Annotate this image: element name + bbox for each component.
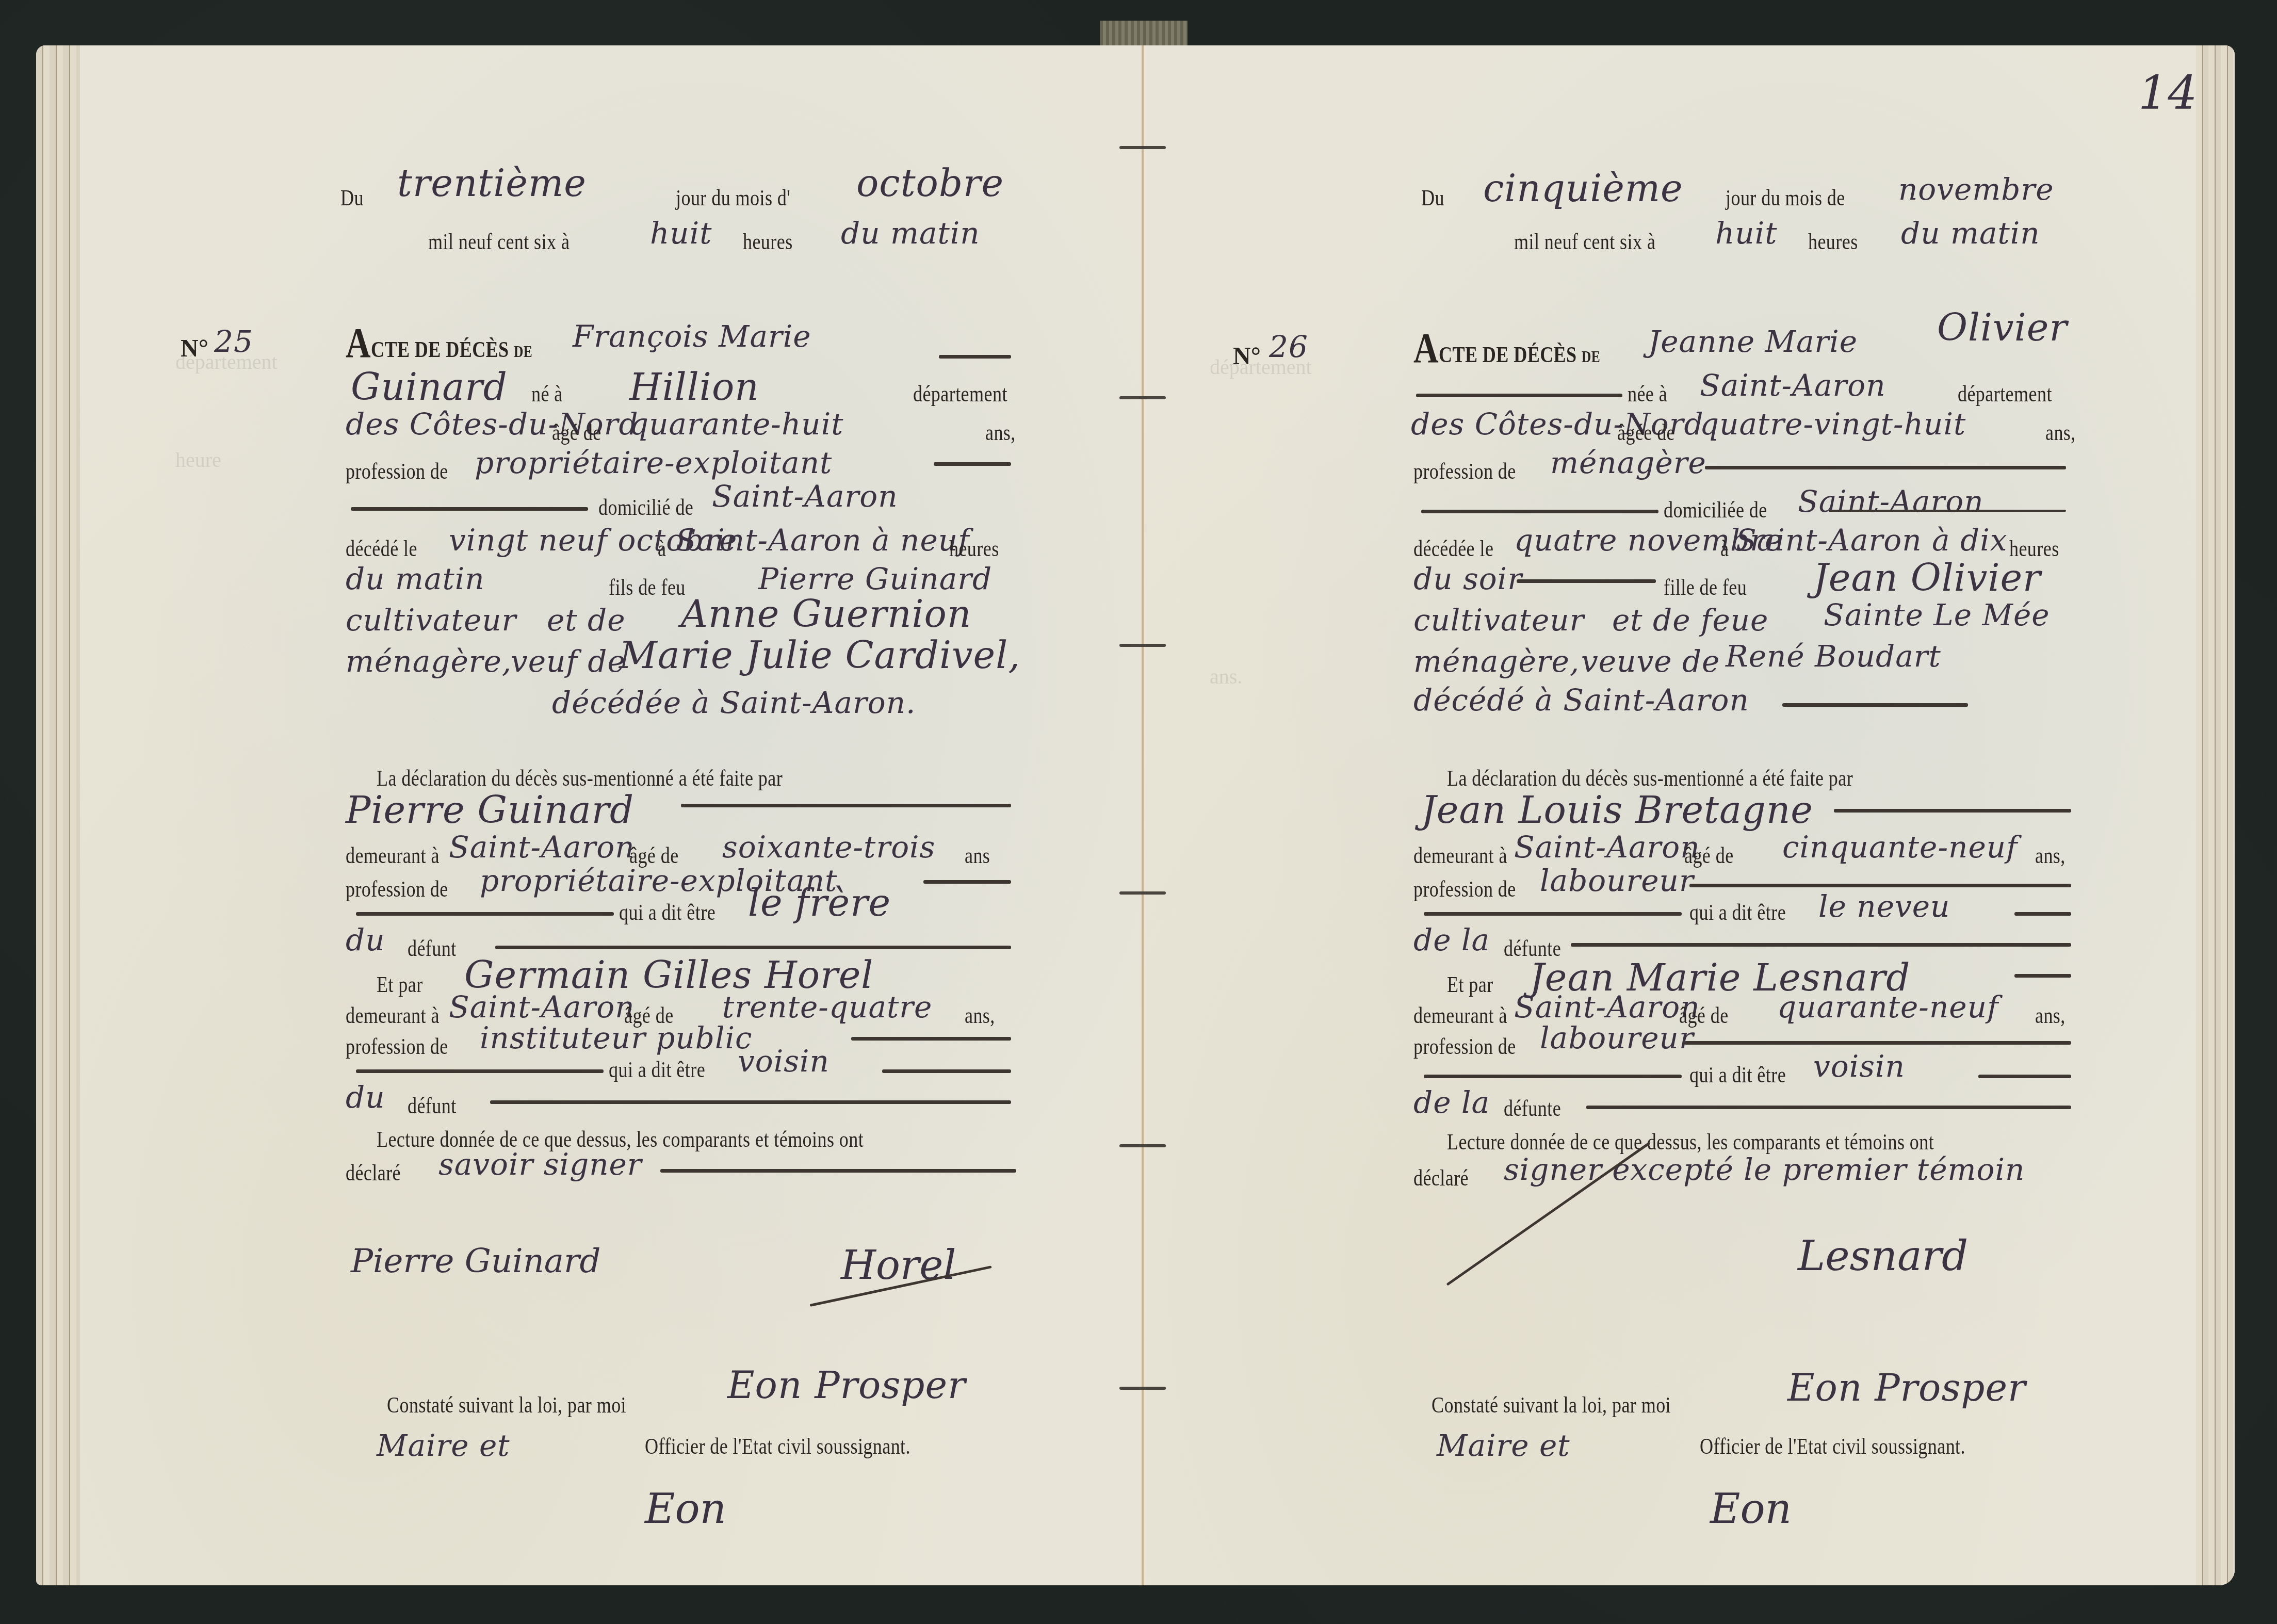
declarant-relation-label: qui a dit être (619, 899, 715, 925)
ne-label: né à (531, 381, 563, 407)
constate-label: Constaté suivant la loi, par moi (387, 1392, 626, 1418)
witness-defunt-prefix: de la (1413, 1085, 1490, 1120)
declarant-profession: laboureur (1540, 863, 1694, 898)
fill-line (1571, 943, 2071, 947)
binding-stitch (1119, 396, 1166, 399)
witness-defunt-label: défunt (408, 1093, 457, 1119)
witness-relation: voisin (738, 1044, 830, 1079)
lecture-declaration: signer excepté le premier témoin (1504, 1152, 2025, 1187)
spouse-note: décédée à Saint-Aaron. (552, 685, 916, 720)
signature-witness: Horel (841, 1242, 956, 1289)
officer-signature: Eon (1710, 1485, 1792, 1533)
acte-title: ACTE DE DÉCÈS de (346, 319, 532, 367)
witness-ans-label: ans, (2035, 1002, 2065, 1029)
officer-title: Maire et (1437, 1428, 1570, 1463)
departement-label: département (913, 381, 1007, 407)
fill-line (1684, 1041, 2071, 1045)
declarant-demeurant-label: demeurant à (1413, 842, 1507, 869)
declarant-name: Pierre Guinard (346, 788, 634, 832)
officer-title: Maire et (377, 1428, 510, 1463)
header-heures-label: heures (743, 229, 793, 255)
header-period: du matin (841, 216, 980, 251)
declarant-age: cinquante-neuf (1782, 830, 2018, 865)
spouse-name: René Boudart (1726, 639, 1941, 674)
officer-name: Eon Prosper (727, 1363, 966, 1407)
header-jour-label: jour du mois de (1726, 185, 1845, 211)
binding-stitch (1119, 644, 1166, 647)
book-gutter (1142, 45, 1144, 1585)
birthplace: Hillion (629, 365, 759, 409)
spouse-note: décédé à Saint-Aaron (1413, 683, 1749, 718)
a-label: à (1720, 535, 1729, 562)
declarant-ans-label: ans, (2035, 842, 2065, 869)
age-label: âgée de (1617, 419, 1675, 446)
header-jour-label: jour du mois d' (676, 185, 790, 211)
declarant-residence: Saint-Aaron (1514, 830, 1700, 865)
fill-line (2014, 912, 2071, 916)
et-de: et de feue (1612, 603, 1768, 638)
fils-label: fille de feu (1664, 574, 1747, 600)
fill-line (2014, 974, 2071, 978)
right-page: 14 département ans. Du cinquième jour du… (1143, 45, 2235, 1585)
declarant-name: Jean Louis Bretagne (1421, 788, 1813, 832)
open-register-book: département heure Du trentième jour du m… (36, 45, 2235, 1585)
profession-value: ménagère (1550, 445, 1706, 480)
binding-cloth-tab (1100, 21, 1188, 49)
signature-declarant: Pierre Guinard (351, 1242, 601, 1280)
folio-number: 14 (2138, 66, 2198, 120)
deceased-given-names: Jeanne Marie (1648, 324, 1858, 359)
fill-line (1829, 510, 2066, 512)
fill-line (681, 804, 1011, 807)
header-period: du matin (1901, 216, 2040, 251)
witness-relation-label: qui a dit être (609, 1057, 705, 1083)
header-hour: huit (650, 216, 712, 251)
father-name: Pierre Guinard (758, 561, 992, 596)
departement-label: département (1958, 381, 2052, 407)
declarant-profession-label: profession de (1413, 876, 1516, 902)
header-hour: huit (1715, 216, 1778, 251)
fill-line (939, 355, 1011, 359)
witness-relation-label: qui a dit être (1689, 1062, 1786, 1088)
declare-label: déclaré (1413, 1165, 1469, 1191)
fill-line (882, 1069, 1011, 1073)
birthplace: Saint-Aaron (1700, 368, 1886, 403)
header-heures-label: heures (1808, 229, 1858, 255)
deceased-given-names: François Marie (573, 319, 811, 354)
act-number: 26 (1269, 329, 1308, 364)
et-de: et de (547, 603, 626, 638)
witness-profession: instituteur public (480, 1020, 753, 1055)
age-label: âgé de (552, 419, 601, 446)
witness-demeurant-label: demeurant à (1413, 1002, 1507, 1029)
fill-line (934, 462, 1011, 466)
declarant-relation: le neveu (1818, 889, 1950, 924)
witness-defunt-prefix: du (346, 1080, 385, 1115)
decede-label: décédée le (1413, 535, 1493, 562)
witness-et-par-label: Et par (1447, 971, 1493, 998)
ans-label: ans, (2045, 419, 2076, 446)
domicile-value: Saint-Aaron (712, 479, 898, 514)
mother-name: Anne Guernion (681, 592, 971, 636)
defunt-prefix: de la (1413, 922, 1490, 957)
declarant-profession-label: profession de (346, 876, 448, 902)
header-day: cinquième (1483, 167, 1683, 210)
bleed-through-text: heure (175, 448, 221, 472)
fill-line (490, 1100, 1011, 1104)
fill-line (351, 507, 588, 511)
signature-witness: Lesnard (1798, 1232, 1968, 1280)
mother-name: Sainte Le Mée (1824, 597, 2050, 632)
act-number: 25 (214, 324, 253, 359)
officer-signature: Eon (645, 1485, 726, 1533)
profession-label: profession de (346, 458, 448, 484)
declarant-relation: le frère (748, 881, 891, 924)
lecture-line: Lecture donnée de ce que dessus, les com… (1447, 1129, 1934, 1155)
declaration-intro: La déclaration du décès sus-mentionné a … (1447, 765, 1853, 791)
witness-defunt-label: défunte (1504, 1095, 1561, 1122)
spouse-name: Marie Julie Cardivel, (619, 634, 1020, 677)
declarant-age: soixante-trois (722, 830, 935, 865)
fill-line (356, 912, 614, 916)
ans-label: ans, (985, 419, 1016, 446)
fils-label: fils de feu (609, 574, 686, 600)
binding-stitch (1119, 146, 1166, 149)
fill-line (356, 1069, 604, 1073)
profession-label: profession de (1413, 458, 1516, 484)
mother-profession: ménagère, (346, 644, 512, 679)
page-edges-right (2196, 45, 2235, 1585)
deceased-surname: Olivier (1937, 306, 2068, 349)
witness-demeurant-label: demeurant à (346, 1002, 440, 1029)
fill-line (1689, 884, 2071, 887)
declarant-ans-label: ans (965, 842, 990, 869)
fill-line (1424, 912, 1682, 916)
death-place: Saint-Aaron à neuf (676, 523, 970, 558)
acte-title: ACTE DE DÉCÈS de (1413, 324, 1600, 372)
ne-label: née à (1628, 381, 1667, 407)
fill-line (1421, 510, 1658, 513)
bleed-through-text: ans. (1210, 664, 1242, 689)
left-page: département heure Du trentième jour du m… (36, 45, 1143, 1585)
fill-line (660, 1169, 1016, 1173)
header-day: trentième (397, 161, 587, 205)
mother-profession: ménagère, (1413, 644, 1580, 679)
domicile-label: domicilié de (598, 494, 693, 521)
header-year-label: mil neuf cent six à (1514, 229, 1655, 255)
declarant-relation-label: qui a dit être (1689, 899, 1786, 925)
decede-label: décédé le (346, 535, 417, 562)
heures-label: heures (949, 535, 999, 562)
binding-stitch (1119, 1144, 1166, 1147)
binding-stitch (1119, 1387, 1166, 1390)
father-profession: cultivateur (346, 603, 516, 638)
fill-line (1782, 703, 1968, 707)
officer-label: Officier de l'Etat civil soussignant. (1700, 1433, 1965, 1459)
witness-et-par-label: Et par (377, 971, 423, 998)
spouse-status: veuf de (511, 644, 626, 679)
fill-line (1416, 394, 1622, 397)
witness-relation: voisin (1813, 1049, 1905, 1084)
officer-name: Eon Prosper (1787, 1366, 2026, 1409)
witness-profession-label: profession de (346, 1033, 448, 1060)
constate-label: Constaté suivant la loi, par moi (1432, 1392, 1671, 1418)
deceased-surname: Guinard (351, 365, 508, 409)
witness-ans-label: ans, (965, 1002, 995, 1029)
domicile-value: Saint-Aaron (1798, 484, 1984, 519)
death-place: Saint-Aaron à dix (1736, 523, 2007, 558)
witness-residence: Saint-Aaron (449, 989, 635, 1025)
father-profession: cultivateur (1413, 603, 1584, 638)
header-du-label: Du (340, 185, 364, 211)
witness-age: trente-quatre (722, 989, 932, 1025)
fill-line (1517, 579, 1656, 583)
header-month: novembre (1898, 172, 2054, 207)
fill-line (1978, 1075, 2071, 1078)
domicile-label: domiciliée de (1664, 497, 1767, 523)
age-value: quarante-huit (629, 407, 844, 442)
fill-line (851, 1037, 1011, 1041)
witness-age: quarante-neuf (1777, 989, 1998, 1025)
profession-value: propriétaire-exploitant (475, 445, 832, 480)
age-value: quatre-vingt-huit (1700, 407, 1966, 442)
defunt-label: défunt (408, 935, 457, 962)
binding-stitch (1119, 891, 1166, 895)
act-number-label: N° (1233, 342, 1261, 370)
defunt-prefix: du (346, 922, 385, 957)
fill-line (1705, 466, 2066, 469)
officer-label: Officier de l'Etat civil soussignant. (645, 1433, 910, 1459)
death-time: du soir (1413, 561, 1522, 596)
fill-line (1424, 1075, 1682, 1078)
witness-profession-label: profession de (1413, 1033, 1516, 1060)
declarant-residence: Saint-Aaron (449, 830, 635, 865)
fill-line (1586, 1106, 2071, 1109)
declarant-demeurant-label: demeurant à (346, 842, 440, 869)
death-time: du matin (346, 561, 485, 596)
page-edges-left (36, 45, 80, 1585)
header-month: octobre (856, 161, 1004, 205)
fill-line (1834, 809, 2071, 813)
header-du-label: Du (1421, 185, 1444, 211)
header-year-label: mil neuf cent six à (428, 229, 570, 255)
a-label: à (658, 535, 666, 562)
father-name: Jean Olivier (1813, 556, 2041, 599)
witness-profession: laboureur (1540, 1020, 1694, 1055)
fill-line (923, 880, 1011, 884)
declare-label: déclaré (346, 1160, 401, 1186)
lecture-declaration: savoir signer (438, 1147, 642, 1182)
act-number-label: N° (181, 334, 208, 363)
fill-line (495, 946, 1011, 949)
witness-residence: Saint-Aaron (1514, 989, 1700, 1025)
declaration-intro: La déclaration du décès sus-mentionné a … (377, 765, 783, 791)
spouse-status: veuve de (1581, 644, 1720, 679)
